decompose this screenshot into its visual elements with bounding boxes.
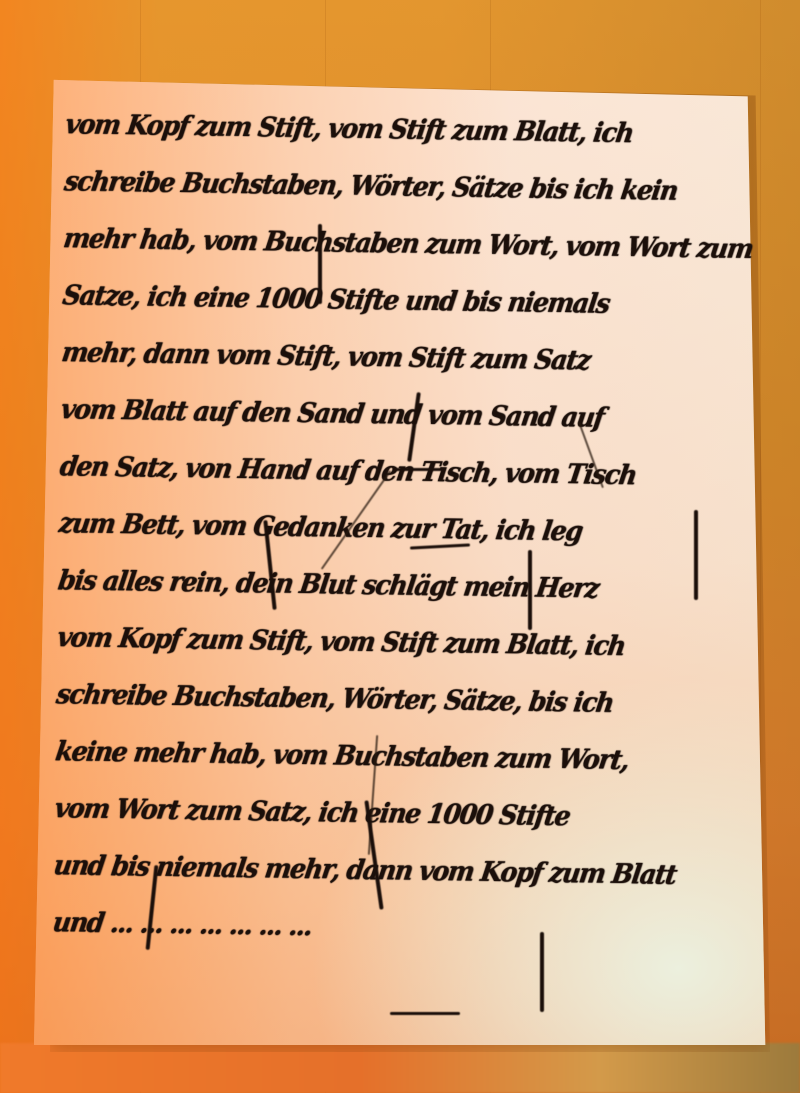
poem-line: und bis niemals mehr, dann vom Kopf zum … <box>50 837 700 904</box>
poem-line: vom Kopf zum Stift, vom Stift zum Blatt,… <box>53 609 703 676</box>
poem-line: vom Wort zum Satz, ich eine 1000 Stifte <box>51 780 701 847</box>
poem-line: vom Kopf zum Stift, vom Stift zum Blatt,… <box>61 96 711 163</box>
poem-line: keine mehr hab, vom Buchstaben zum Wort, <box>52 723 702 790</box>
poem-line: Satze, ich eine 1000 Stifte und bis niem… <box>59 267 709 334</box>
handwritten-poem: vom Kopf zum Stift, vom Stift zum Blatt,… <box>53 96 756 962</box>
poem-line: schreibe Buchstaben, Wörter, Sätze, bis … <box>52 666 702 733</box>
poem-line: bis alles rein, dein Blut schlägt mein H… <box>54 552 704 619</box>
poem-line: mehr hab, vom Buchstaben zum Wort, vom W… <box>60 210 710 277</box>
poem-line: vom Blatt auf den Sand und vom Sand auf <box>57 381 707 448</box>
poem-line: zum Bett, vom Gedanken zur Tat, ich leg <box>55 495 705 562</box>
poem-line: schreibe Buchstaben, Wörter, Sätze bis i… <box>60 153 710 220</box>
poem-line: den Satz, von Hand auf den Tisch, vom Ti… <box>56 438 706 505</box>
poem-line: mehr, dann vom Stift, vom Stift zum Satz <box>58 324 708 391</box>
poem-line: und ... ... ... ... ... ... ... <box>49 894 699 961</box>
